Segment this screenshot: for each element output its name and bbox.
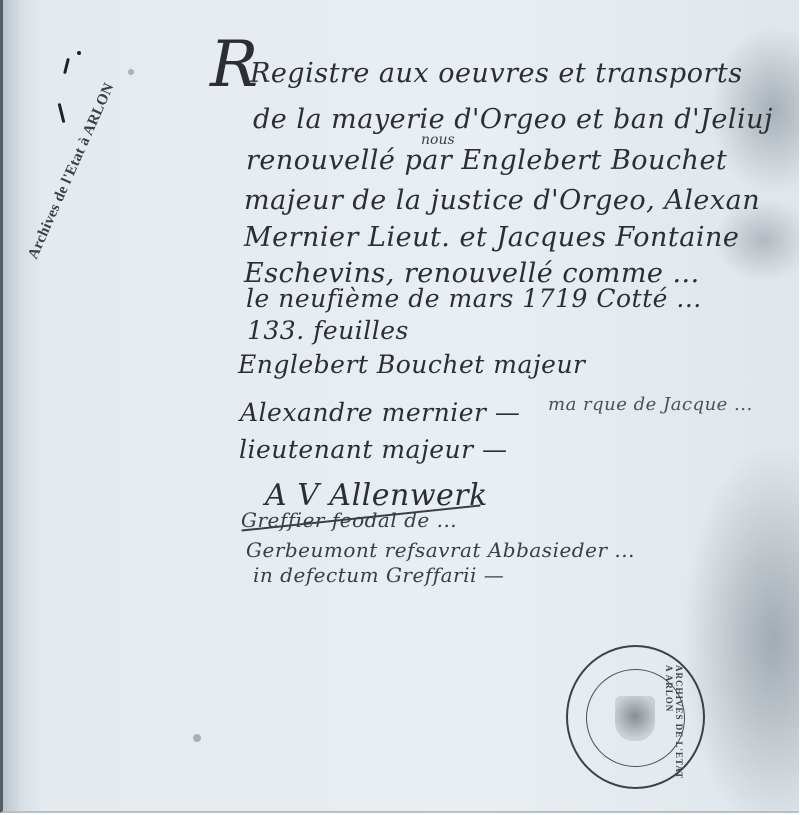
signature-majeur: Englebert Bouchet majeur bbox=[238, 350, 586, 379]
spot bbox=[128, 69, 134, 75]
spot bbox=[193, 734, 201, 742]
text-line-1: R Registre aux oeuvres et transports bbox=[246, 58, 743, 89]
decorative-initial: R bbox=[210, 28, 259, 102]
signature-lieutenant: Alexandre mernier — bbox=[240, 398, 520, 427]
margin-note: ma rque de Jacque ... bbox=[548, 394, 753, 415]
text-line-3: renouvellé par Englebert Bouchet bbox=[246, 145, 727, 176]
seal-text: ARCHIVES DE L'ETAT A ARLON bbox=[664, 665, 684, 785]
signature-line-2: Gerbeumont refsavrat Abbasieder ... bbox=[246, 538, 635, 562]
signature-line-1: Greffier feodal de ... bbox=[241, 508, 457, 532]
text-line-7: le neufième de mars 1719 Cotté ... bbox=[246, 284, 702, 313]
ink-mark bbox=[63, 58, 70, 74]
title-lieutenant-majeur: lieutenant majeur — bbox=[239, 435, 507, 464]
ink-mark bbox=[77, 51, 81, 55]
text-line-4: majeur de la justice d'Orgeo, Alexan bbox=[244, 185, 760, 216]
text-line-2: de la mayerie d'Orgeo et ban d'Jeliuj bbox=[253, 104, 773, 135]
document-page: Archives de l'Etat à ARLON R Registre au… bbox=[0, 0, 799, 813]
archive-seal: ARCHIVES DE L'ETAT A ARLON bbox=[566, 645, 705, 789]
seal-emblem-icon bbox=[615, 696, 655, 741]
text-line-5: Mernier Lieut. et Jacques Fontaine bbox=[244, 222, 739, 253]
archive-stamp-diagonal: Archives de l'Etat à ARLON bbox=[25, 81, 118, 262]
ink-mark bbox=[58, 103, 66, 123]
page-count-line: 133. feuilles bbox=[247, 316, 409, 345]
signature-line-3: in defectum Greffarii — bbox=[253, 563, 504, 587]
